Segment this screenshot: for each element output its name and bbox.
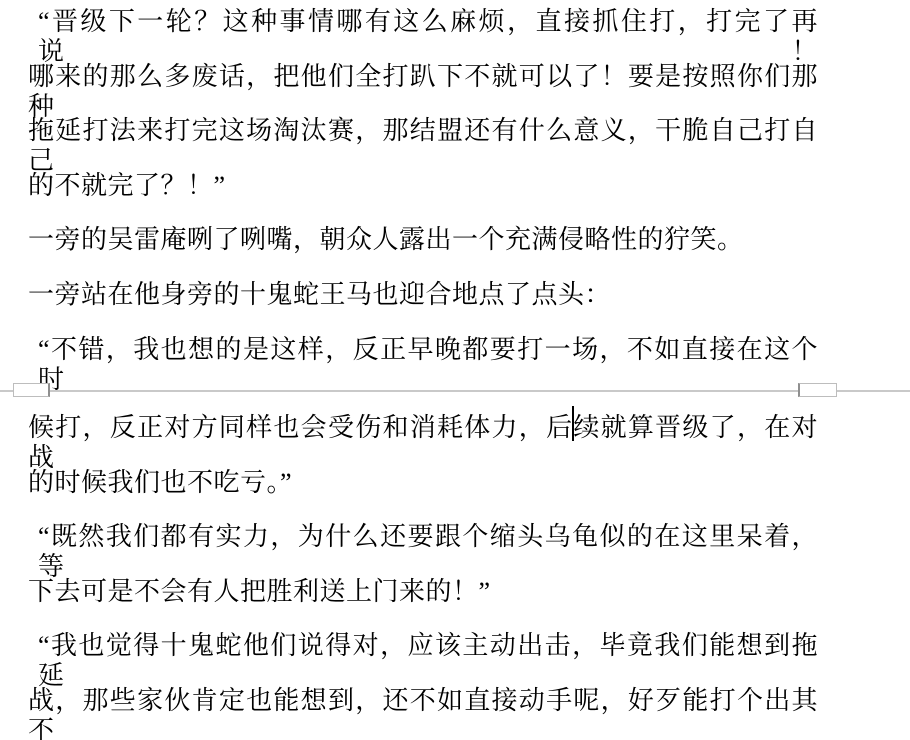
text-line[interactable]: 下去可是不会有人把胜利送上门来的！” bbox=[28, 577, 818, 607]
text-cursor bbox=[572, 406, 574, 441]
text-line[interactable]: 的不就完了？！” bbox=[28, 171, 818, 201]
text-line[interactable]: “晋级下一轮？这种事情哪有这么麻烦，直接抓住打，打完了再说！ bbox=[38, 7, 818, 37]
text-line[interactable]: 哪来的那么多废话，把他们全打趴下不就可以了！要是按照你们那种 bbox=[28, 62, 818, 92]
text-line[interactable]: “不错，我也想的是这样，反正早晚都要打一场，不如直接在这个时 bbox=[38, 335, 818, 365]
page-break-marker-left bbox=[13, 383, 50, 397]
text-line[interactable]: “既然我们都有实力，为什么还要跟个缩头乌龟似的在这里呆着，等 bbox=[38, 522, 818, 552]
text-line[interactable]: 候打，反正对方同样也会受伤和消耗体力，后续就算晋级了，在对战 bbox=[28, 413, 818, 443]
text-line[interactable]: 战，那些家伙肯定也能想到，还不如直接动手呢，好歹能打个出其不 bbox=[28, 686, 818, 716]
text-line[interactable]: 一旁的吴雷庵咧了咧嘴，朝众人露出一个充满侵略性的狞笑。 bbox=[28, 225, 818, 255]
text-line[interactable]: 拖延打法来打完这场淘汰赛，那结盟还有什么意义，干脆自己打自己 bbox=[28, 116, 818, 146]
page-break-line bbox=[0, 390, 910, 392]
document-page: “晋级下一轮？这种事情哪有这么麻烦，直接抓住打，打完了再说！哪来的那么多废话，把… bbox=[0, 0, 910, 740]
text-line[interactable]: 的时候我们也不吃亏。” bbox=[28, 468, 818, 498]
text-line[interactable]: “我也觉得十鬼蛇他们说得对，应该主动出击，毕竟我们能想到拖延 bbox=[38, 631, 818, 661]
page-break-marker-right bbox=[798, 383, 837, 397]
text-line[interactable]: 一旁站在他身旁的十鬼蛇王马也迎合地点了点头： bbox=[28, 280, 818, 310]
